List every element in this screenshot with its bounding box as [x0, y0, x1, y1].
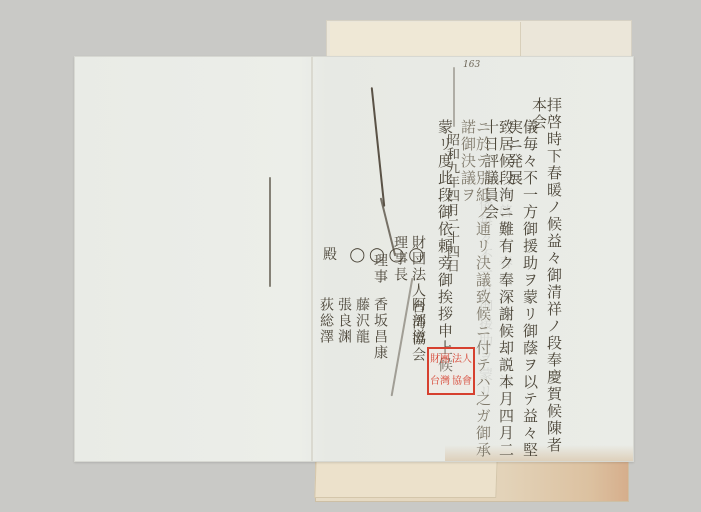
- addressee-name: ◯◯◯◯: [349, 247, 428, 263]
- bottom-torn-flap: [314, 458, 497, 498]
- document-page: 拝啓時下春暖ノ候益々御清 儀毎々不一方御援助ヲ蒙リ 163 拝啓時下春暖ノ候益々…: [74, 56, 634, 462]
- letter-date: 昭和九年四月二十四日: [445, 133, 458, 273]
- underlying-folded-flap: [330, 22, 521, 58]
- sender-name: 藤沢龍: [355, 297, 369, 345]
- sender-name: 荻総澤: [319, 297, 333, 345]
- sender-name: 香坂昌康: [373, 297, 387, 361]
- paper-crack: [269, 177, 271, 287]
- red-seal-stamp: 財團 法人 台灣 協會: [427, 347, 475, 395]
- seal-char: 協會: [451, 377, 473, 387]
- seal-char: 法人: [451, 355, 473, 365]
- letter-column-4: ニ於テ別紙ノ通リ決議致候ニ付テハ之ガ御承諾御決議ヲ: [460, 119, 490, 461]
- sender-name: 張良渊: [337, 297, 351, 345]
- seal-char: 台灣: [429, 377, 451, 387]
- paper-crack: [453, 67, 455, 127]
- folio-number: 163: [463, 60, 480, 70]
- fold-line: [311, 57, 313, 461]
- paper-crack: [371, 87, 385, 206]
- addressee-line: 殿 ◯◯◯◯: [323, 244, 428, 264]
- addressee-honorific: 殿: [323, 247, 341, 263]
- seal-char: 財團: [429, 355, 451, 365]
- sender-chief-name: 阿部滋: [411, 297, 425, 345]
